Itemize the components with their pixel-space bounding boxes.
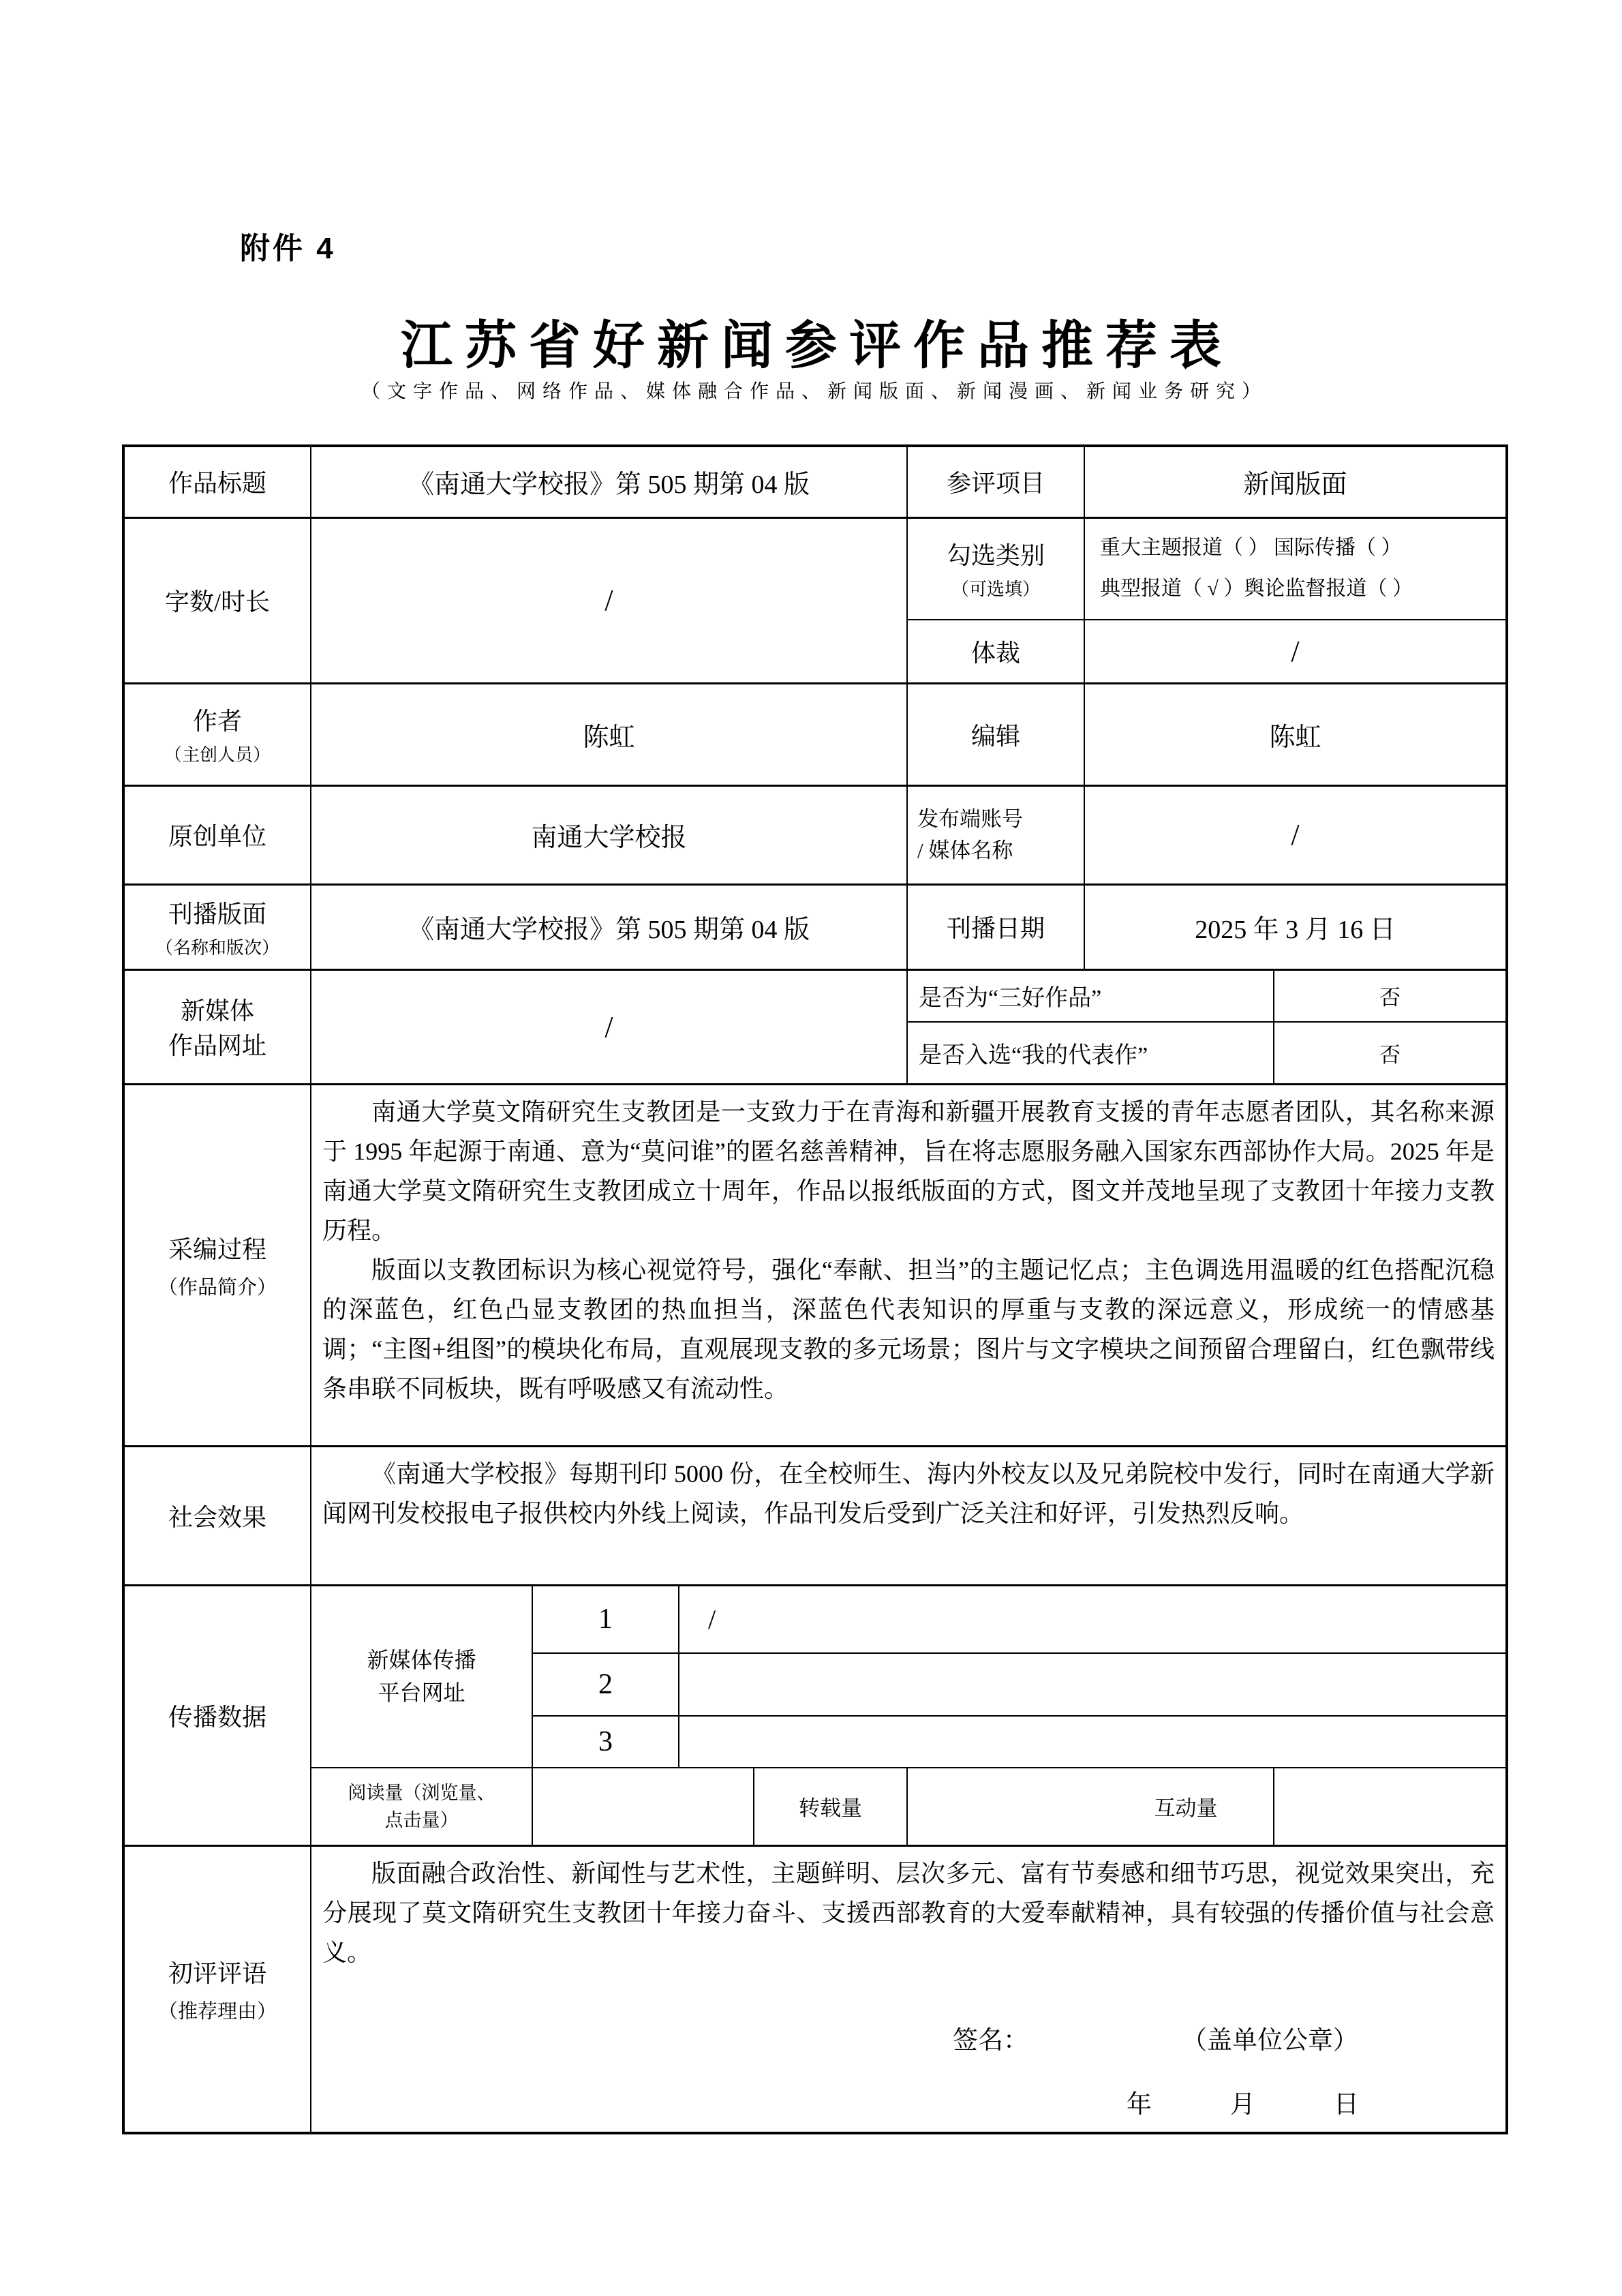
- work-title-value: 《南通大学校报》第 505 期第 04 版: [311, 446, 907, 517]
- author-value: 陈虹: [311, 683, 907, 785]
- recommendation-form-table: 作品标题 《南通大学校报》第 505 期第 04 版 参评项目 新闻版面 字数/…: [122, 444, 1508, 2134]
- url-row-number: 1: [532, 1585, 679, 1653]
- new-media-url-label-line2: 作品网址: [125, 1027, 310, 1061]
- social-effect-text: 《南通大学校报》每期刊印 5000 份，在全校师生、海内外校友以及兄弟院校中发行…: [311, 1446, 1507, 1585]
- document-page: { "colors": {"text": "#000000", "line": …: [0, 0, 1622, 2296]
- read-count-label-line1: 阅读量（浏览量、: [311, 1779, 532, 1807]
- interact-count-label: 互动量: [907, 1768, 1274, 1845]
- url-row-value: /: [679, 1585, 1507, 1653]
- representative-value: 否: [1274, 1022, 1507, 1084]
- author-label: 作者 （主创人员）: [123, 683, 311, 785]
- new-media-url-value: /: [311, 969, 907, 1084]
- check-category-label: 勾选类别 （可选填）: [907, 517, 1084, 620]
- check-category-options-line2: 典型报道（ √ ）舆论监督报道（ ）: [1100, 569, 1505, 609]
- read-count-label-line2: 点击量）: [311, 1807, 532, 1834]
- publish-account-label-line2: / 媒体名称: [917, 835, 1084, 866]
- url-row-value: [679, 1716, 1507, 1768]
- seal-label: （盖单位公章）: [1182, 2021, 1358, 2061]
- word-count-label: 字数/时长: [123, 517, 311, 683]
- platform-url-label-line1: 新媒体传播: [311, 1644, 532, 1676]
- editing-process-label: 采编过程 （作品简介）: [123, 1084, 311, 1446]
- original-unit-value: 南通大学校报: [311, 785, 907, 884]
- review-content: 版面融合政治性、新闻性与艺术性，主题鲜明、层次多元、富有节奏感和细节巧思，视觉效…: [311, 1845, 1507, 2133]
- check-category-options: 重大主题报道（ ） 国际传播（ ） 典型报道（ √ ）舆论监督报道（ ）: [1084, 517, 1507, 620]
- read-count-value: [532, 1768, 754, 1845]
- repost-count-label: 转载量: [754, 1768, 907, 1845]
- url-row-number: 2: [532, 1653, 679, 1716]
- entry-item-value: 新闻版面: [1084, 446, 1507, 517]
- word-count-value: /: [311, 517, 907, 683]
- review-label-sub: （推荐理由）: [125, 1996, 310, 2024]
- social-effect-label: 社会效果: [123, 1446, 311, 1585]
- check-category-label-sub: （可选填）: [908, 575, 1084, 601]
- publish-layout-value: 《南通大学校报》第 505 期第 04 版: [311, 884, 907, 969]
- publish-date-value: 2025 年 3 月 16 日: [1084, 884, 1507, 969]
- publish-account-label-line1: 发布端账号: [917, 804, 1084, 835]
- attachment-label: 附件 4: [240, 224, 336, 267]
- author-label-main: 作者: [125, 702, 310, 737]
- platform-url-label-line2: 平台网址: [311, 1676, 532, 1709]
- three-good-value: 否: [1274, 969, 1507, 1022]
- work-title-label: 作品标题: [123, 446, 311, 517]
- genre-value: /: [1084, 620, 1507, 683]
- check-category-options-line1: 重大主题报道（ ） 国际传播（ ）: [1100, 528, 1505, 569]
- editing-process-text: 南通大学莫文隋研究生支教团是一支致力于在青海和新疆开展教育支援的青年志愿者团队，…: [311, 1084, 1507, 1446]
- date-year-label: 年: [1127, 2085, 1152, 2125]
- page-subtitle: （文字作品、网络作品、媒体融合作品、新闻版面、新闻漫画、新闻业务研究）: [0, 376, 1622, 404]
- publish-layout-label: 刊播版面 （名称和版次）: [123, 884, 311, 969]
- new-media-url-label-line1: 新媒体: [125, 992, 310, 1027]
- url-row-value: [679, 1653, 1507, 1716]
- publish-account-label: 发布端账号 / 媒体名称: [907, 785, 1084, 884]
- spread-data-label: 传播数据: [123, 1585, 311, 1845]
- review-text: 版面融合政治性、新闻性与艺术性，主题鲜明、层次多元、富有节奏感和细节巧思，视觉效…: [322, 1854, 1495, 1972]
- check-category-label-main: 勾选类别: [908, 537, 1084, 571]
- entry-item-label: 参评项目: [907, 446, 1084, 517]
- editing-process-para2: 版面以支教团标识为核心视觉符号，强化“奉献、担当”的主题记忆点；主色调选用温暖的…: [322, 1250, 1495, 1408]
- review-label: 初评评语 （推荐理由）: [123, 1845, 311, 2133]
- author-label-sub: （主创人员）: [125, 741, 310, 766]
- original-unit-label: 原创单位: [123, 785, 311, 884]
- date-month-label: 月: [1230, 2085, 1255, 2125]
- publish-layout-label-sub: （名称和版次）: [125, 934, 310, 959]
- platform-url-label: 新媒体传播 平台网址: [311, 1585, 532, 1768]
- publish-account-value: /: [1084, 785, 1507, 884]
- editor-value: 陈虹: [1084, 683, 1507, 785]
- genre-label: 体裁: [907, 620, 1084, 683]
- signature-label: 签名：: [953, 2021, 1028, 2061]
- editing-process-para1: 南通大学莫文隋研究生支教团是一支致力于在青海和新疆开展教育支援的青年志愿者团队，…: [322, 1092, 1495, 1250]
- date-line: 年 月 日: [322, 2085, 1495, 2125]
- editor-label: 编辑: [907, 683, 1084, 785]
- interact-count-value: [1274, 1768, 1507, 1845]
- editing-process-label-main: 采编过程: [125, 1230, 310, 1265]
- publish-layout-label-main: 刊播版面: [125, 895, 310, 930]
- three-good-label: 是否为“三好作品”: [907, 969, 1274, 1022]
- social-effect-para: 《南通大学校报》每期刊印 5000 份，在全校师生、海内外校友以及兄弟院校中发行…: [322, 1454, 1495, 1533]
- new-media-url-label: 新媒体 作品网址: [123, 969, 311, 1084]
- read-count-label: 阅读量（浏览量、 点击量）: [311, 1768, 532, 1845]
- url-row-number: 3: [532, 1716, 679, 1768]
- publish-date-label: 刊播日期: [907, 884, 1084, 969]
- editing-process-label-sub: （作品简介）: [125, 1272, 310, 1300]
- date-day-label: 日: [1334, 2085, 1359, 2125]
- representative-label: 是否入选“我的代表作”: [907, 1022, 1274, 1084]
- review-label-main: 初评评语: [125, 1954, 310, 1989]
- page-title: 江苏省好新闻参评作品推荐表: [0, 304, 1622, 378]
- signature-line: 签名： （盖单位公章）: [322, 2021, 1495, 2061]
